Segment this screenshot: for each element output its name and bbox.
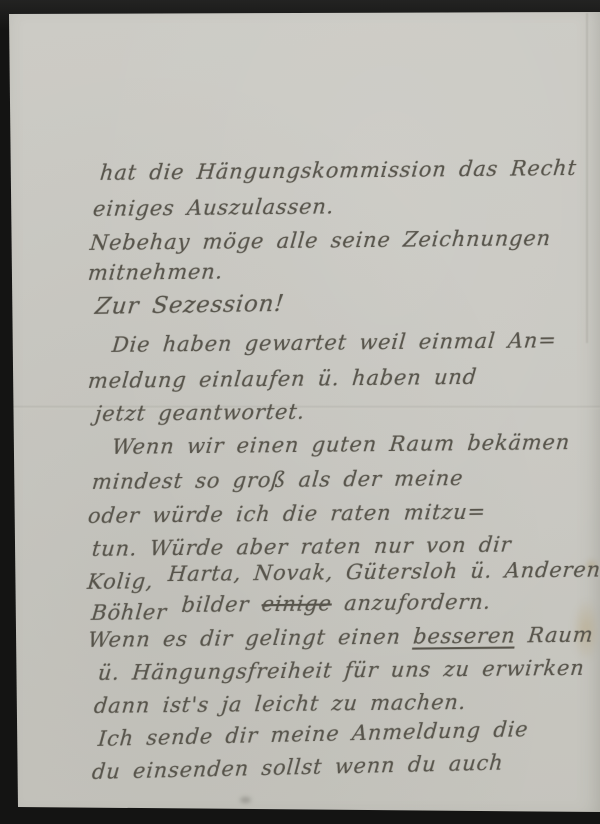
handwriting-line: tun. Würde aber raten nur von dir: [91, 535, 512, 560]
handwriting-line-names: Kolig,Harta, Novak, Gütersloh ü. Anderen…: [87, 559, 600, 586]
handwriting-text: anzufordern.: [343, 590, 492, 616]
margin-name-kolig: Kolig,: [86, 571, 154, 593]
handwriting-line: einiges Auszulassen.: [92, 196, 335, 220]
handwriting-line: Nebehay möge alle seine Zeichnungen: [89, 228, 552, 254]
handwriting-text: du einsenden sollst wenn du auch: [91, 751, 504, 784]
handwriting-line: meldung einlaufen ü. haben und: [87, 367, 478, 392]
underlined-word: besseren: [412, 624, 517, 649]
handwriting-line: dann ist's ja leicht zu machen.: [93, 692, 467, 717]
handwriting-text: mindest so groß als der meine: [91, 466, 465, 494]
handwriting-text: Raum: [527, 623, 595, 648]
handwriting-text: Ich sende dir meine Anmeldung die: [97, 717, 529, 751]
handwriting-text: Nebehay möge alle seine Zeichnungen: [89, 226, 552, 255]
margin-name-boehler: Böhler: [90, 602, 168, 624]
handwriting-text: Wenn wir einen guten Raum bekämen: [111, 430, 571, 459]
handwriting-line-names: Böhlerbilder einige anzufordern.: [91, 592, 492, 617]
handwriting-line: Die haben gewartet weil einmal An=: [111, 330, 558, 356]
handwriting-line: mitnehmen.: [87, 262, 224, 284]
ink-smudge: [240, 797, 251, 803]
handwriting-line: Wenn es dir gelingt einen besseren Raum: [87, 625, 594, 651]
handwriting-line: du einsenden sollst wenn du auch: [91, 753, 504, 783]
handwriting-line: hat die Hängungskommission das Recht: [99, 158, 578, 184]
handwriting-text: jetzt geantwortet.: [94, 400, 306, 426]
handwriting-line-heading: Zur Sezession!: [94, 293, 286, 319]
handwriting-line: ü. Hängungsfreiheit für uns zu erwirken: [97, 658, 586, 684]
handwriting-line: Wenn wir einen guten Raum bekämen: [111, 432, 571, 458]
handwriting-line: jetzt geantwortet.: [94, 402, 306, 425]
handwriting-text: bilder: [181, 592, 251, 617]
handwriting-text: Wenn es dir gelingt einen: [87, 625, 402, 652]
letter-paper: hat die Hängungskommission das Recht ein…: [0, 0, 600, 824]
handwriting-text: Die haben gewartet weil einmal An=: [111, 328, 558, 357]
handwriting-text: mitnehmen.: [87, 260, 224, 285]
handwriting-line: mindest so groß als der meine: [91, 468, 464, 493]
crossed-out-word: einige: [261, 591, 333, 616]
vertical-paper-seam: [586, 13, 588, 343]
handwriting-text: hat die Hängungskommission das Recht: [99, 156, 578, 185]
handwriting-text: dann ist's ja leicht zu machen.: [93, 690, 467, 718]
handwriting-text: Zur Sezession!: [94, 291, 286, 320]
handwriting-text: tun. Würde aber raten nur von dir: [91, 533, 513, 561]
handwriting-text: oder würde ich die raten mitzu=: [87, 500, 487, 528]
handwriting-line: Ich sende dir meine Anmeldung die: [97, 719, 529, 750]
handwriting-text: meldung einlaufen ü. haben und: [87, 365, 478, 393]
letter-photograph: hat die Hängungskommission das Recht ein…: [0, 0, 600, 824]
handwriting-line: oder würde ich die raten mitzu=: [87, 502, 487, 527]
handwriting-text: ü. Hängungsfreiheit für uns zu erwirken: [97, 656, 586, 685]
handwriting-text: einiges Auszulassen.: [92, 194, 335, 221]
handwriting-text: Harta, Novak, Gütersloh ü. Anderen event…: [167, 557, 600, 586]
